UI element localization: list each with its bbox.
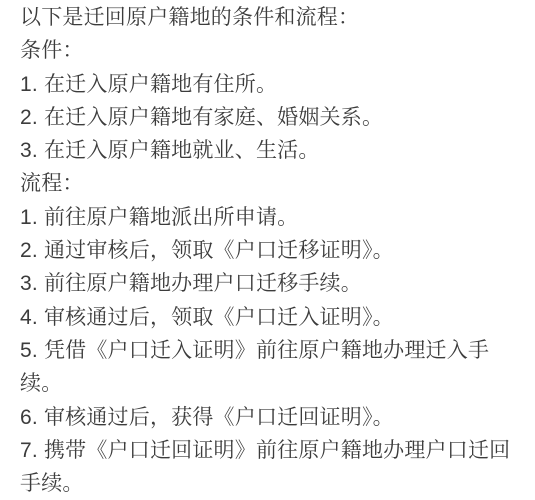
process-step-7: 7. 携带《户口迁回证明》前往原户籍地办理户口迁回手续。	[20, 434, 515, 500]
condition-item-3: 3. 在迁入原户籍地就业、生活。	[20, 134, 515, 167]
process-step-5: 5. 凭借《户口迁入证明》前往原户籍地办理迁入手续。	[20, 334, 515, 401]
condition-item-2: 2. 在迁入原户籍地有家庭、婚姻关系。	[20, 101, 515, 134]
process-step-3: 3. 前往原户籍地办理户口迁移手续。	[20, 267, 515, 300]
process-step-1: 1. 前往原户籍地派出所申请。	[20, 201, 515, 234]
process-heading: 流程：	[20, 167, 515, 200]
condition-item-1: 1. 在迁入原户籍地有住所。	[20, 68, 515, 101]
conditions-section: 条件： 1. 在迁入原户籍地有住所。 2. 在迁入原户籍地有家庭、婚姻关系。 3…	[20, 34, 515, 167]
conditions-heading: 条件：	[20, 34, 515, 67]
process-section: 流程： 1. 前往原户籍地派出所申请。 2. 通过审核后，领取《户口迁移证明》。…	[20, 167, 515, 500]
process-step-2: 2. 通过审核后，领取《户口迁移证明》。	[20, 234, 515, 267]
document-title: 以下是迁回原户籍地的条件和流程：	[20, 1, 515, 34]
process-step-4: 4. 审核通过后，领取《户口迁入证明》。	[20, 301, 515, 334]
document-body: 以下是迁回原户籍地的条件和流程： 条件： 1. 在迁入原户籍地有住所。 2. 在…	[0, 0, 535, 500]
process-step-6: 6. 审核通过后，获得《户口迁回证明》。	[20, 401, 515, 434]
